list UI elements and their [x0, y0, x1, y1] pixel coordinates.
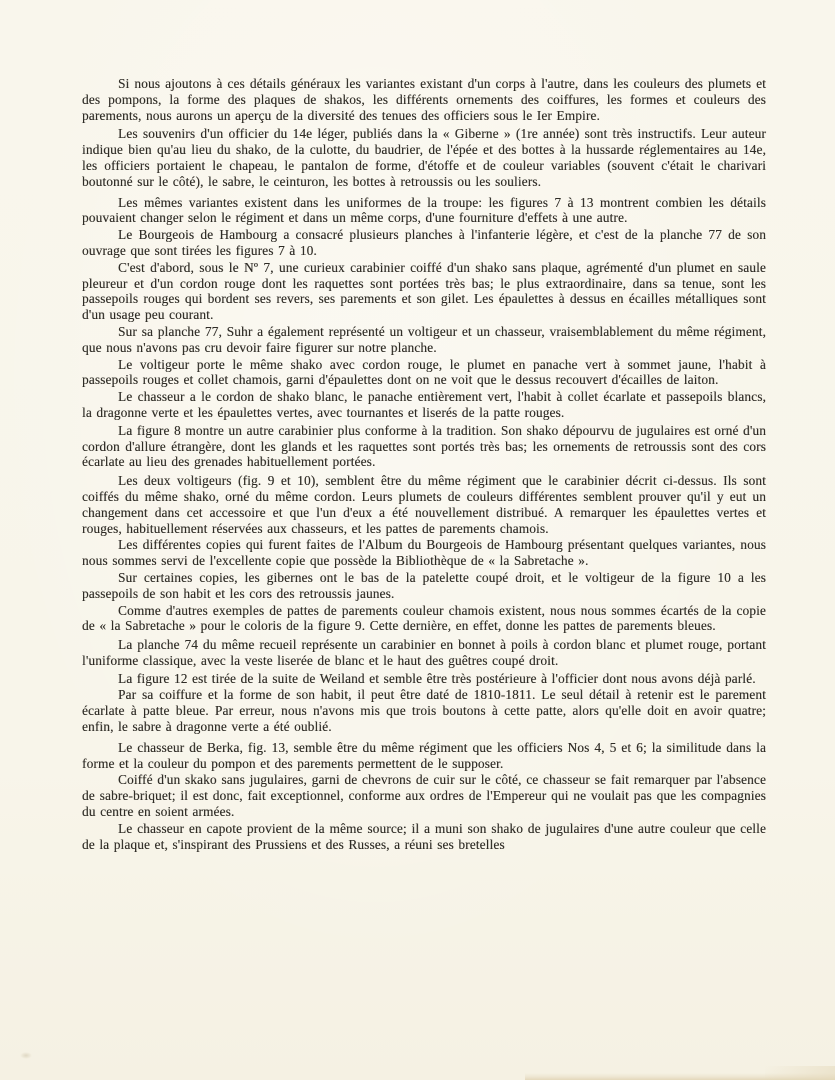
paragraph-4: Le Bourgeois de Hambourg a consacré plus…: [82, 227, 766, 259]
page-edge-corner: [765, 1066, 835, 1080]
paragraph-11: Les différentes copies qui furent faites…: [82, 537, 766, 569]
paragraph-5: C'est d'abord, sous le Nº 7, une curieux…: [82, 260, 766, 323]
paragraph-6: Sur sa planche 77, Suhr a également repr…: [82, 324, 766, 356]
paragraph-15: La figure 12 est tirée de la suite de We…: [82, 671, 766, 687]
paragraph-9: La figure 8 montre un autre carabinier p…: [82, 423, 766, 470]
paragraph-1: Si nous ajoutons à ces détails généraux …: [82, 76, 766, 123]
paragraph-8: Le chasseur a le cordon de shako blanc, …: [82, 389, 766, 421]
paragraph-10: Les deux voltigeurs (fig. 9 et 10), semb…: [82, 473, 766, 536]
paragraph-13: Comme d'autres exemples de pattes de par…: [82, 603, 766, 635]
paragraph-3: Les mêmes variantes existent dans les un…: [82, 195, 766, 227]
paragraph-18: Coiffé d'un skako sans jugulaires, garni…: [82, 772, 766, 819]
paragraph-12: Sur certaines copies, les gibernes ont l…: [82, 570, 766, 602]
paragraph-19: Le chasseur en capote provient de la mêm…: [82, 821, 766, 853]
text-block: Si nous ajoutons à ces détails généraux …: [82, 76, 766, 852]
paragraph-2: Les souvenirs d'un officier du 14e léger…: [82, 126, 766, 189]
paragraph-17: Le chasseur de Berka, fig. 13, semble êt…: [82, 740, 766, 772]
paragraph-16: Par sa coiffure et la forme de son habit…: [82, 687, 766, 734]
paragraph-14: La planche 74 du même recueil représente…: [82, 637, 766, 669]
paragraph-7: Le voltigeur porte le même shako avec co…: [82, 357, 766, 389]
scanned-page: Si nous ajoutons à ces détails généraux …: [0, 0, 835, 1080]
scan-smudge: [20, 1052, 32, 1059]
